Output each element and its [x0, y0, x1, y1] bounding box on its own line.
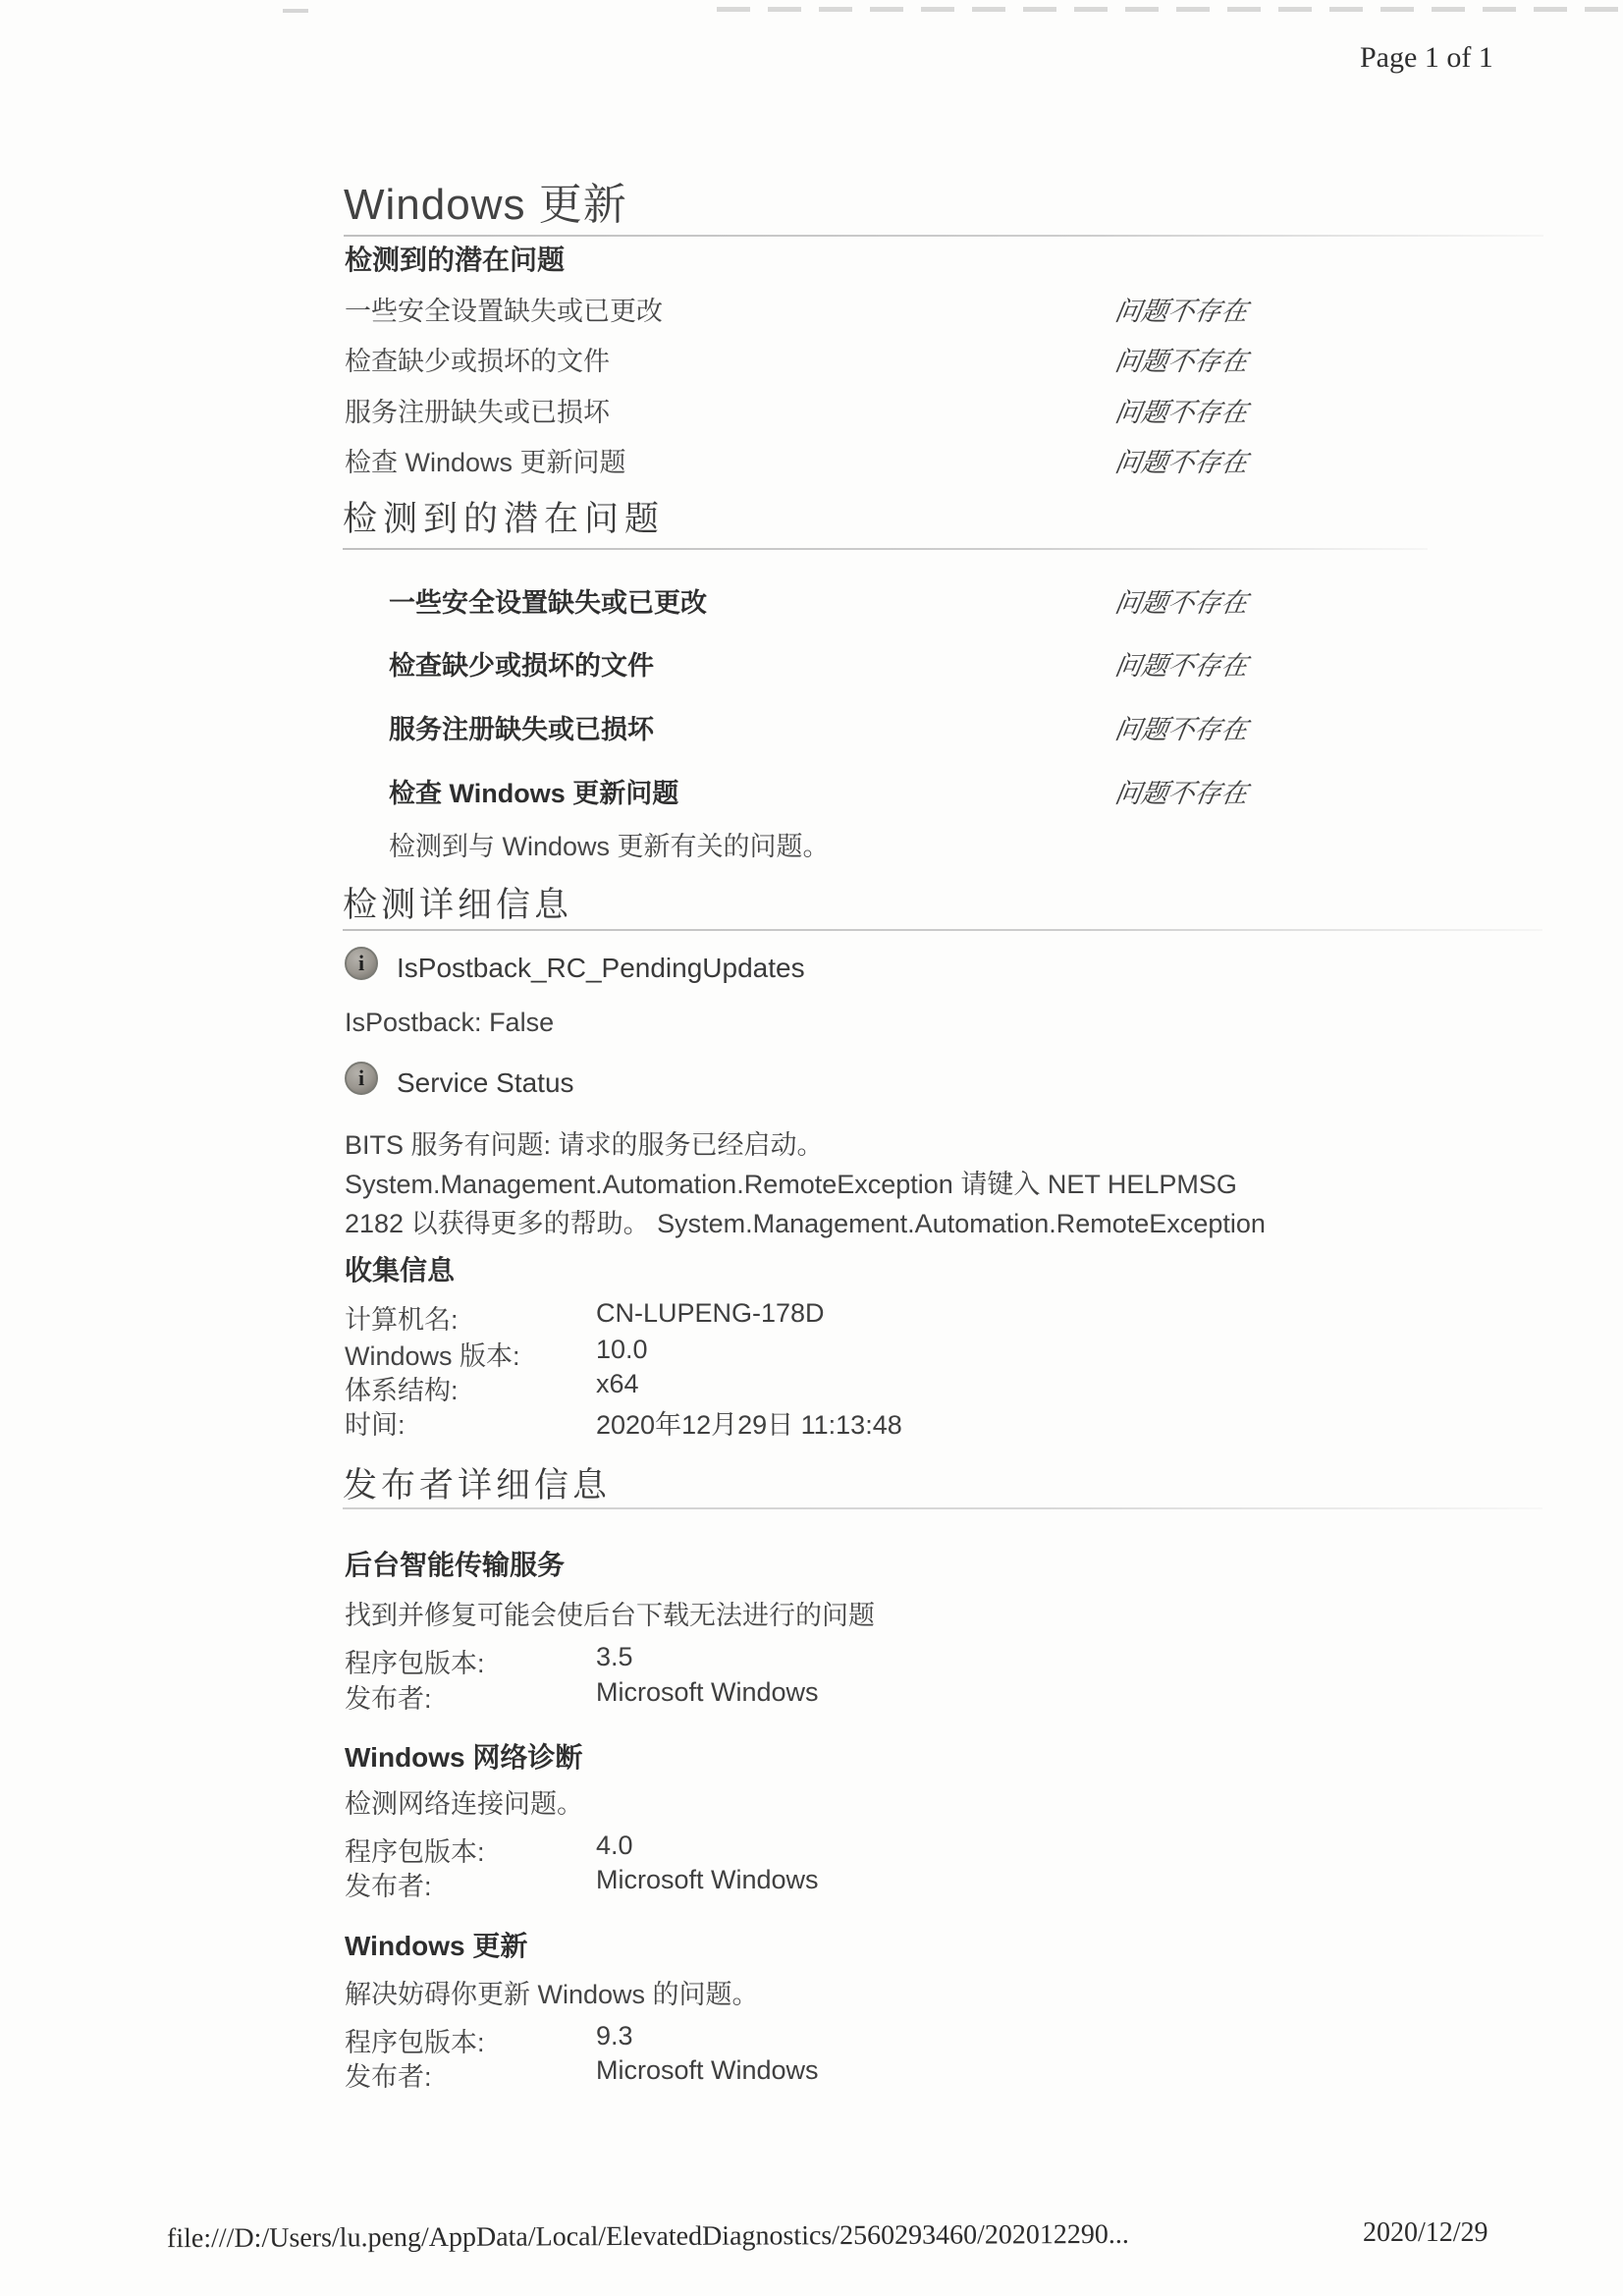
field-label: 发布者:	[345, 1677, 432, 1716]
package-description: 检测网络连接问题。	[345, 1782, 583, 1821]
divider	[344, 235, 1543, 237]
section-heading-detected-issues: 检测到的潜在问题	[345, 239, 565, 278]
issue-label: 服务注册缺失或已损坏	[389, 708, 654, 746]
issue-label: 一些安全设置缺失或已更改	[389, 581, 707, 620]
field-label: 程序包版本:	[345, 1831, 485, 1869]
field-value: 10.0	[596, 1335, 648, 1365]
issue-label: 检查缺少或损坏的文件	[345, 340, 610, 378]
package-name: Windows 网络诊断	[345, 1736, 582, 1776]
scan-artifact	[283, 9, 308, 13]
issue-label: 一些安全设置缺失或已更改	[345, 290, 663, 328]
field-value: 2020年12月29日 11:13:48	[596, 1403, 902, 1442]
section-heading-collection-info: 收集信息	[345, 1249, 455, 1288]
detail-entry-title: Service Status	[397, 1067, 574, 1099]
section-heading-detected-issues-detail: 检测到的潜在问题	[343, 492, 665, 541]
divider	[343, 929, 1542, 931]
issue-label: 服务注册缺失或已损坏	[345, 391, 610, 429]
package-description: 解决妨碍你更新 Windows 的问题。	[345, 1973, 759, 2011]
detail-entry-body: BITS 服务有问题: 请求的服务已经启动。 System.Management…	[345, 1125, 1289, 1243]
print-page-number: Page 1 of 1	[1360, 41, 1493, 75]
issue-status: 问题不存在	[1112, 441, 1251, 479]
print-footer-date: 2020/12/29	[1363, 2217, 1488, 2249]
field-value: Microsoft Windows	[596, 2055, 819, 2086]
detail-entry-title: IsPostback_RC_PendingUpdates	[397, 953, 805, 984]
issue-status: 问题不存在	[1112, 581, 1251, 620]
field-label: Windows 版本:	[345, 1335, 520, 1373]
info-icon: i	[345, 1062, 378, 1095]
issue-status: 问题不存在	[1112, 340, 1251, 378]
issue-status: 问题不存在	[1112, 290, 1251, 328]
info-icon: i	[345, 947, 378, 980]
issue-label: 检查 Windows 更新问题	[389, 772, 678, 810]
print-footer-file-url: file:///D:/Users/lu.peng/AppData/Local/E…	[167, 2219, 1129, 2255]
field-value: 4.0	[596, 1831, 633, 1861]
field-value: x64	[596, 1369, 639, 1399]
issue-note: 检测到与 Windows 更新有关的问题。	[389, 825, 830, 863]
scan-artifact	[717, 7, 1620, 12]
field-label: 体系结构:	[345, 1369, 459, 1407]
field-label: 发布者:	[345, 2055, 432, 2094]
field-label: 程序包版本:	[345, 2021, 485, 2059]
divider	[343, 1507, 1542, 1509]
package-name: 后台智能传输服务	[345, 1544, 565, 1583]
field-label: 发布者:	[345, 1865, 432, 1903]
field-value: Microsoft Windows	[596, 1677, 819, 1708]
divider	[343, 548, 1428, 550]
detail-entry-body: IsPostback: False	[345, 1008, 554, 1038]
issue-status: 问题不存在	[1112, 644, 1251, 683]
field-value: CN-LUPENG-178D	[596, 1298, 825, 1329]
issue-status: 问题不存在	[1112, 391, 1251, 429]
issue-status: 问题不存在	[1112, 772, 1251, 810]
issue-label: 检查 Windows 更新问题	[345, 441, 626, 479]
field-label: 程序包版本:	[345, 1642, 485, 1680]
field-value: Microsoft Windows	[596, 1865, 819, 1895]
issue-status: 问题不存在	[1112, 708, 1251, 746]
issue-label: 检查缺少或损坏的文件	[389, 644, 654, 683]
package-description: 找到并修复可能会使后台下载无法进行的问题	[345, 1594, 875, 1632]
section-heading-detection-details: 检测详细信息	[343, 878, 572, 927]
printed-report-page: Page 1 of 1 Windows 更新 检测到的潜在问题 一些安全设置缺失…	[0, 0, 1623, 2296]
field-label: 时间:	[345, 1403, 406, 1442]
section-heading-publisher-details: 发布者详细信息	[343, 1458, 611, 1507]
field-value: 9.3	[596, 2021, 633, 2051]
field-value: 3.5	[596, 1642, 633, 1672]
package-name: Windows 更新	[345, 1925, 527, 1964]
report-title: Windows 更新	[344, 169, 627, 232]
field-label: 计算机名:	[345, 1298, 459, 1337]
